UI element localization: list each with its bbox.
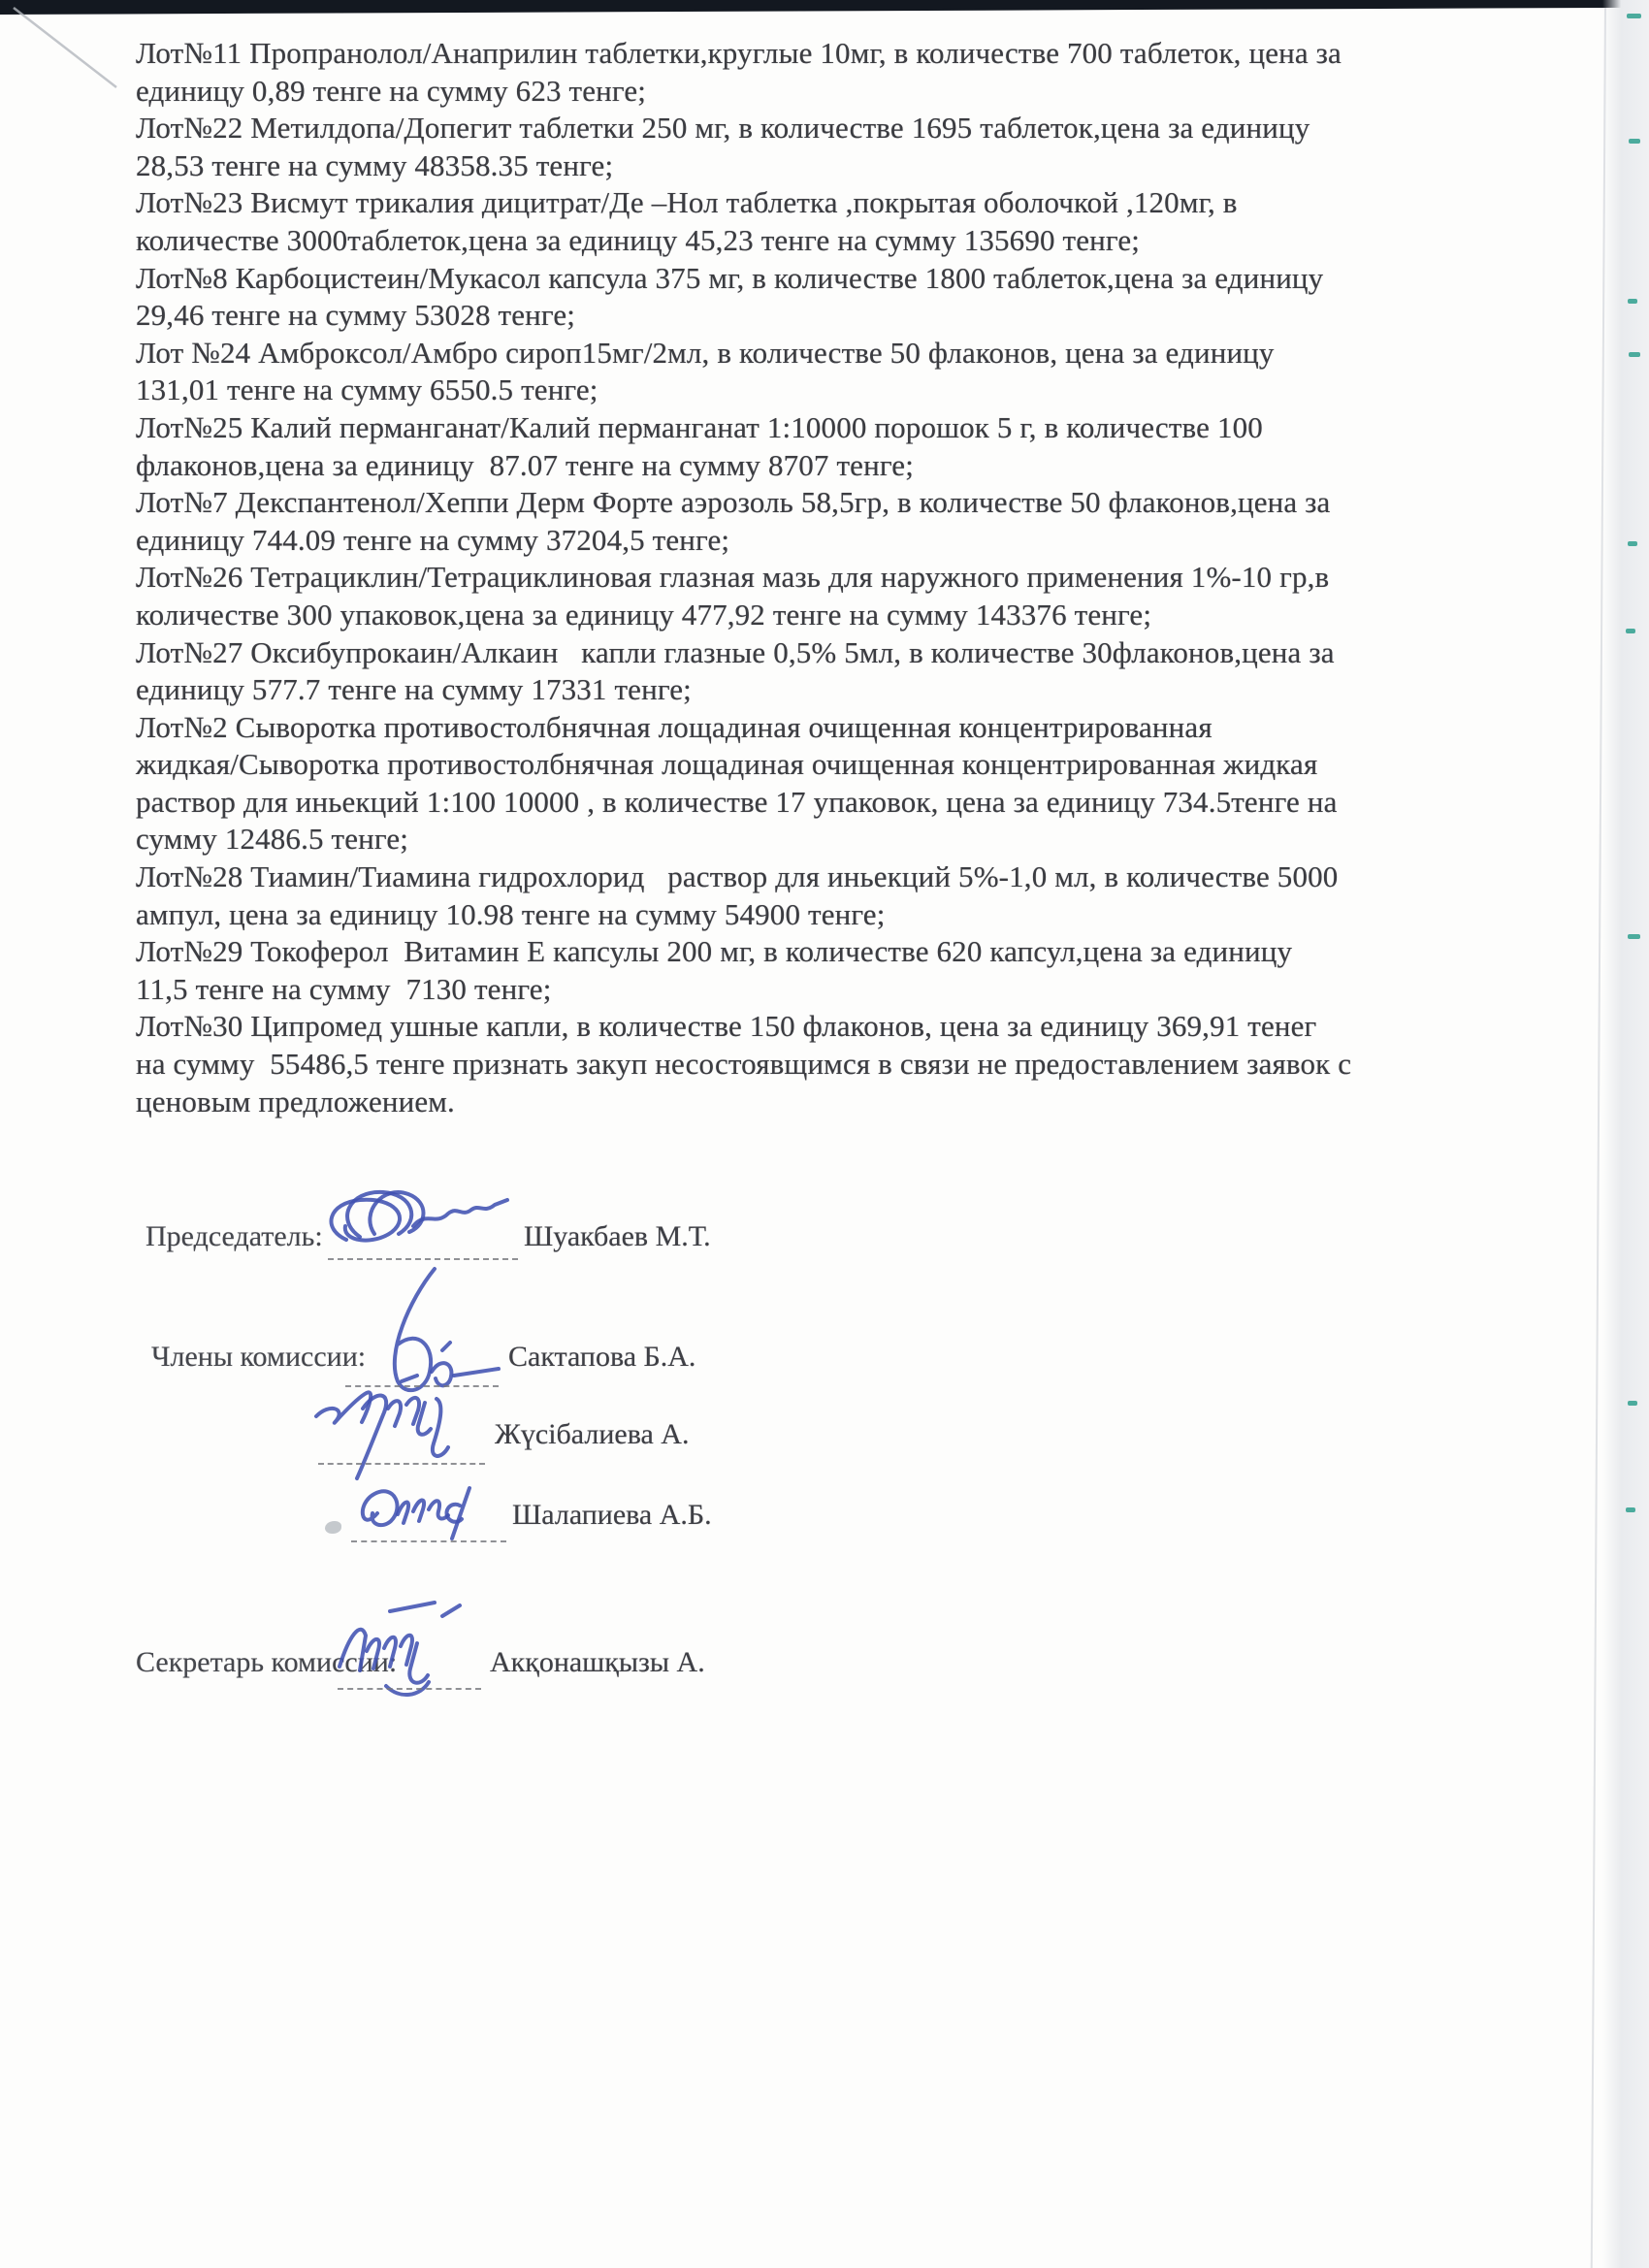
scan-mark — [1629, 139, 1640, 144]
signature-name-member-1: Сактапова Б.А. — [508, 1341, 695, 1374]
scanner-top-edge-artifact — [0, 0, 1649, 15]
document-text-line: Лот№25 Калий перманганат/Калий перманган… — [136, 409, 1542, 447]
signature-name-chairman: Шуакбаев М.Т. — [524, 1220, 711, 1253]
document-text-line: Лот№2 Сыворотка противостолбнячная лощад… — [136, 709, 1542, 747]
document-text-line: Лот№30 Ципромед ушные капли, в количеств… — [136, 1008, 1542, 1046]
document-text-line: единицу 744.09 тенге на сумму 37204,5 те… — [136, 522, 1542, 560]
signature-ink-secretary — [332, 1591, 482, 1712]
signature-name-member-2: Жүсібалиева А. — [495, 1418, 689, 1451]
document-text-line: Лот №24 Амброксол/Амбро сироп15мг/2мл, в… — [136, 335, 1542, 373]
document-text-line: Лот№28 Тиамин/Тиамина гидрохлорид раство… — [136, 859, 1542, 896]
scan-mark — [1627, 14, 1641, 18]
document-text-line: Лот№27 Оксибупрокаин/Алкаин капли глазны… — [136, 634, 1542, 672]
document-text-line: сумму 12486.5 тенге; — [136, 821, 1542, 859]
role-label-chairman: Председатель: — [145, 1220, 323, 1253]
document-text-line: Лот№29 Токоферол Витамин Е капсулы 200 м… — [136, 933, 1542, 971]
scan-mark — [1628, 541, 1637, 546]
signature-ink-chairman — [315, 1174, 524, 1266]
page-edge-shadow — [1602, 0, 1649, 2268]
document-text-line: 29,46 тенге на сумму 53028 тенге; — [136, 297, 1542, 335]
scan-mark — [1628, 1401, 1637, 1406]
signature-line — [338, 1688, 481, 1690]
document-text-line: на сумму 55486,5 тенге признать закуп не… — [136, 1046, 1542, 1084]
document-text-line: Лот№23 Висмут трикалия дицитрат/Де –Нол … — [136, 184, 1542, 222]
document-text-line: ценовым предложением. — [136, 1084, 1542, 1121]
scan-speck — [325, 1521, 341, 1534]
document-text-line: единицу 577.7 тенге на сумму 17331 тенге… — [136, 671, 1542, 709]
document-text-line: Лот№11 Пропранолол/Анаприлин таблетки,кр… — [136, 35, 1542, 73]
document-text-line: Лот№26 Тетрациклин/Тетрациклиновая глазн… — [136, 559, 1542, 597]
document-text-line: единицу 0,89 тенге на сумму 623 тенге; — [136, 73, 1542, 111]
signature-line — [328, 1258, 518, 1260]
corner-fold-line — [0, 0, 136, 107]
document-text-line: Лот№7 Декспантенол/Хеппи Дерм Форте аэро… — [136, 484, 1542, 522]
document-text-line: ампул, цена за единицу 10.98 тенге на су… — [136, 896, 1542, 934]
signature-name-secretary: Акқонашқызы А. — [490, 1646, 705, 1679]
document-text-line: количестве 3000таблеток,цена за единицу … — [136, 222, 1542, 260]
document-text-line: количестве 300 упаковок,цена за единицу … — [136, 597, 1542, 634]
document-text-line: Лот№8 Карбоцистеин/Мукасол капсула 375 м… — [136, 260, 1542, 298]
scan-mark — [1626, 629, 1635, 633]
document-text-line: 11,5 тенге на сумму 7130 тенге; — [136, 971, 1542, 1009]
document-body: Лот№11 Пропранолол/Анаприлин таблетки,кр… — [136, 35, 1542, 1120]
scanned-document-page: Лот№11 Пропранолол/Анаприлин таблетки,кр… — [0, 0, 1649, 2268]
scan-mark — [1628, 299, 1637, 304]
document-text-line: Лот№22 Метилдопа/Допегит таблетки 250 мг… — [136, 110, 1542, 147]
document-text-line: жидкая/Сыворотка противостолбнячная лоща… — [136, 746, 1542, 784]
scan-mark — [1628, 934, 1640, 939]
signature-name-member-3: Шалапиева А.Б. — [512, 1499, 712, 1532]
document-text-line: 28,53 тенге на сумму 48358.35 тенге; — [136, 147, 1542, 185]
document-text-line: раствор для иньекций 1:100 10000 , в кол… — [136, 784, 1542, 822]
signature-ink-member-3 — [347, 1461, 507, 1543]
scan-mark — [1626, 1507, 1635, 1512]
document-text-line: 131,01 тенге на сумму 6550.5 тенге; — [136, 372, 1542, 409]
signature-line — [351, 1540, 506, 1542]
document-text-line: флаконов,цена за единицу 87.07 тенге на … — [136, 447, 1542, 485]
scan-mark — [1629, 352, 1640, 357]
